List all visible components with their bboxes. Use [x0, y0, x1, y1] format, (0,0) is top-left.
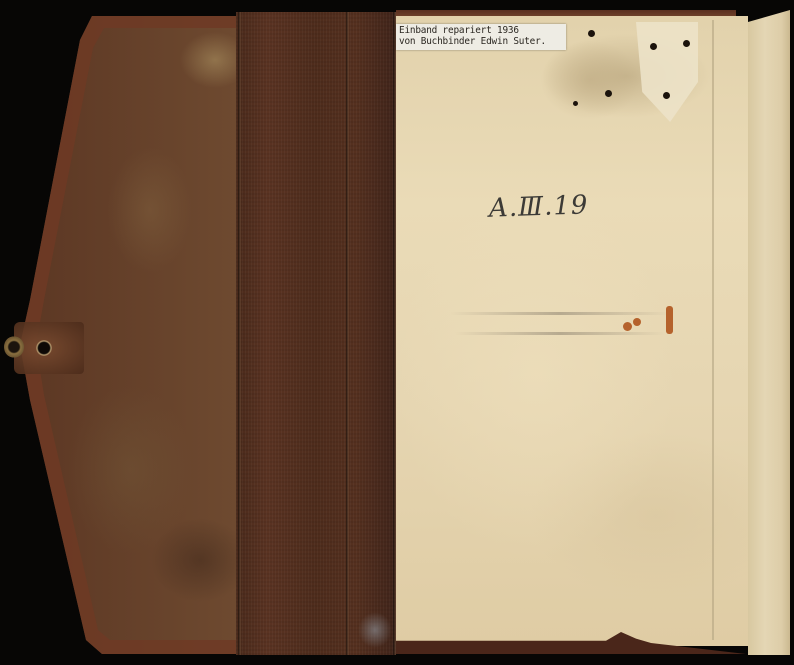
flyleaf-edge	[748, 10, 790, 655]
leather-spine	[236, 12, 396, 655]
wormhole	[573, 101, 578, 106]
faded-line-mark	[455, 332, 665, 335]
repair-label-line-1: Einband repariert 1936	[399, 25, 563, 36]
rust-stain	[666, 306, 673, 334]
spine-crease-left	[238, 12, 241, 655]
spine-crease-middle	[346, 12, 349, 655]
pastedown-fold-line	[712, 20, 714, 640]
wormhole	[683, 40, 690, 47]
wormhole	[605, 90, 612, 97]
rust-stain	[633, 318, 641, 326]
spine-wear-spot	[358, 612, 392, 648]
repair-label-line-2: von Buchbinder Edwin Suter.	[399, 36, 563, 47]
parchment-stain	[540, 40, 640, 120]
wormhole	[588, 30, 595, 37]
wormhole	[663, 92, 670, 99]
faded-line-mark	[450, 312, 670, 315]
wormhole	[650, 43, 657, 50]
rust-stain	[623, 322, 632, 331]
book-binding-photo: Einband repariert 1936 von Buchbinder Ed…	[0, 0, 794, 665]
clasp-hole-icon	[36, 340, 52, 356]
clasp-ring-icon	[4, 336, 24, 358]
handwritten-shelfmark: A.Ⅲ.19	[489, 190, 589, 223]
repair-label: Einband repariert 1936 von Buchbinder Ed…	[396, 24, 566, 50]
